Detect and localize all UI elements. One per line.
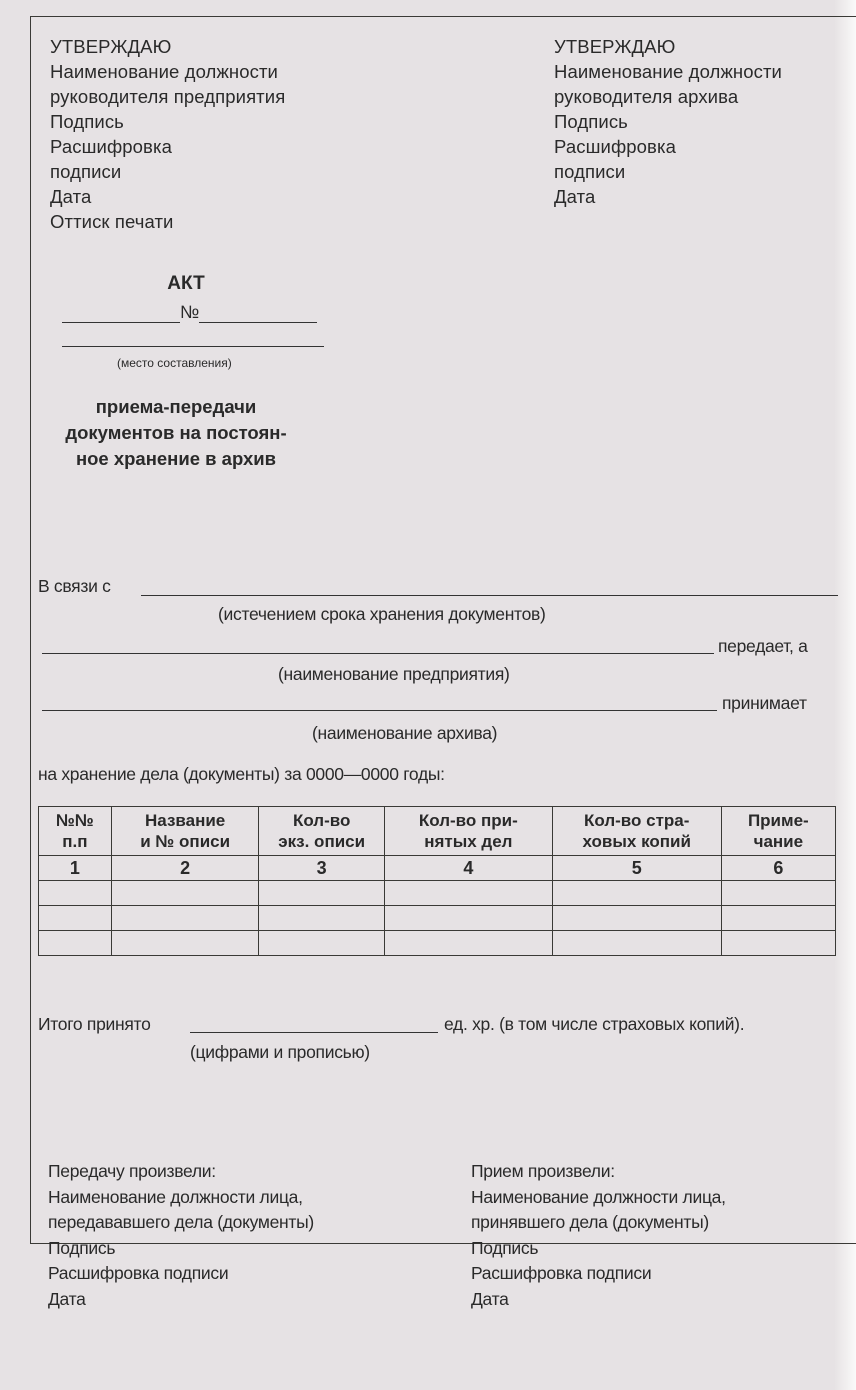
column-number: 2 bbox=[111, 856, 259, 881]
act-subtitle-line: ное хранение в архив bbox=[0, 446, 386, 472]
table-cell[interactable] bbox=[721, 931, 835, 956]
act-title: АКТ bbox=[0, 273, 396, 295]
approval-block-enterprise: УТВЕРЖДАЮ Наименование должности руковод… bbox=[50, 34, 285, 234]
act-subtitle: приема-передачи документов на постоян- н… bbox=[0, 394, 386, 472]
reason-caption: (истечением срока хранения документов) bbox=[218, 604, 546, 625]
table-cell[interactable] bbox=[384, 881, 552, 906]
table-row bbox=[39, 881, 836, 906]
accepts-text: принимает bbox=[722, 693, 807, 714]
archive-field[interactable] bbox=[42, 690, 717, 711]
total-suffix: ед. хр. (в том числе страховых копий). bbox=[444, 1014, 744, 1035]
approval-line: Оттиск печати bbox=[50, 209, 285, 234]
place-caption: (место составления) bbox=[117, 356, 232, 370]
approval-heading: УТВЕРЖДАЮ bbox=[50, 34, 285, 59]
enterprise-caption: (наименование предприятия) bbox=[278, 664, 510, 685]
table-cell[interactable] bbox=[111, 906, 259, 931]
table-cell[interactable] bbox=[111, 931, 259, 956]
approval-line: Наименование должности bbox=[50, 59, 285, 84]
signers-line: Наименование должности лица, bbox=[471, 1185, 726, 1211]
table-cell[interactable] bbox=[552, 931, 721, 956]
transfer-signers-block: Передачу произвели: Наименование должнос… bbox=[48, 1159, 314, 1312]
approval-line: руководителя архива bbox=[554, 84, 782, 109]
column-number: 1 bbox=[39, 856, 112, 881]
column-number: 5 bbox=[552, 856, 721, 881]
table-cell[interactable] bbox=[259, 931, 384, 956]
reason-field[interactable] bbox=[141, 573, 838, 596]
approval-line: Подпись bbox=[554, 109, 782, 134]
total-caption: (цифрами и прописью) bbox=[190, 1042, 370, 1063]
approval-line: подписи bbox=[50, 159, 285, 184]
approval-block-archive: УТВЕРЖДАЮ Наименование должности руковод… bbox=[554, 34, 782, 209]
table-cell[interactable] bbox=[384, 906, 552, 931]
act-date-field[interactable] bbox=[62, 304, 180, 323]
signers-line: Наименование должности лица, bbox=[48, 1185, 314, 1211]
total-field[interactable] bbox=[190, 1012, 438, 1033]
number-sign: № bbox=[180, 302, 199, 322]
act-subtitle-line: приема-передачи bbox=[0, 394, 386, 420]
signers-heading: Передачу произвели: bbox=[48, 1159, 314, 1185]
table-cell[interactable] bbox=[259, 906, 384, 931]
table-cell[interactable] bbox=[111, 881, 259, 906]
col-header-insurance-copies: Кол-во стра-ховых копий bbox=[552, 807, 721, 856]
column-number: 6 bbox=[721, 856, 835, 881]
col-header-notes: Приме-чание bbox=[721, 807, 835, 856]
approval-line: Наименование должности bbox=[554, 59, 782, 84]
enterprise-field[interactable] bbox=[42, 633, 714, 654]
archive-caption: (наименование архива) bbox=[312, 723, 497, 744]
approval-line: Дата bbox=[50, 184, 285, 209]
table-cell[interactable] bbox=[39, 881, 112, 906]
documents-table: №№п.п Названиеи № описи Кол-воэкз. описи… bbox=[38, 806, 836, 956]
col-header-inventory-copies: Кол-воэкз. описи bbox=[259, 807, 384, 856]
approval-line: Дата bbox=[554, 184, 782, 209]
signers-line: передававшего дела (документы) bbox=[48, 1210, 314, 1236]
col-header-number: №№п.п bbox=[39, 807, 112, 856]
table-cell[interactable] bbox=[39, 931, 112, 956]
signers-line: Подпись bbox=[48, 1236, 314, 1262]
receive-signers-block: Прием произвели: Наименование должности … bbox=[471, 1159, 726, 1312]
table-cell[interactable] bbox=[384, 931, 552, 956]
column-number: 3 bbox=[259, 856, 384, 881]
act-subtitle-line: документов на постоян- bbox=[0, 420, 386, 446]
col-header-accepted-files: Кол-во при-нятых дел bbox=[384, 807, 552, 856]
act-number-field[interactable] bbox=[199, 304, 317, 323]
table-cell[interactable] bbox=[39, 906, 112, 931]
approval-line: руководителя предприятия bbox=[50, 84, 285, 109]
signers-line: Расшифровка подписи bbox=[471, 1261, 726, 1287]
signers-line: Дата bbox=[48, 1287, 314, 1313]
approval-line: Расшифровка bbox=[554, 134, 782, 159]
column-number: 4 bbox=[384, 856, 552, 881]
signers-line: принявшего дела (документы) bbox=[471, 1210, 726, 1236]
approval-heading: УТВЕРЖДАЮ bbox=[554, 34, 782, 59]
approval-line: подписи bbox=[554, 159, 782, 184]
col-header-inventory-name: Названиеи № описи bbox=[111, 807, 259, 856]
signers-heading: Прием произвели: bbox=[471, 1159, 726, 1185]
table-cell[interactable] bbox=[721, 906, 835, 931]
period-line: на хранение дела (документы) за 0000—000… bbox=[38, 764, 445, 785]
table-cell[interactable] bbox=[552, 881, 721, 906]
table-row bbox=[39, 906, 836, 931]
table-cell[interactable] bbox=[259, 881, 384, 906]
transfers-text: передает, а bbox=[718, 636, 808, 657]
approval-line: Расшифровка bbox=[50, 134, 285, 159]
table-column-numbers-row: 1 2 3 4 5 6 bbox=[39, 856, 836, 881]
reason-prefix: В связи с bbox=[38, 576, 111, 597]
table-row bbox=[39, 931, 836, 956]
signers-line: Дата bbox=[471, 1287, 726, 1313]
table-cell[interactable] bbox=[552, 906, 721, 931]
signers-line: Расшифровка подписи bbox=[48, 1261, 314, 1287]
place-field[interactable] bbox=[62, 346, 324, 347]
act-number-line: № bbox=[62, 302, 317, 324]
signers-line: Подпись bbox=[471, 1236, 726, 1262]
table-cell[interactable] bbox=[721, 881, 835, 906]
approval-line: Подпись bbox=[50, 109, 285, 134]
total-prefix: Итого принято bbox=[38, 1014, 151, 1035]
table-header-row: №№п.п Названиеи № описи Кол-воэкз. описи… bbox=[39, 807, 836, 856]
